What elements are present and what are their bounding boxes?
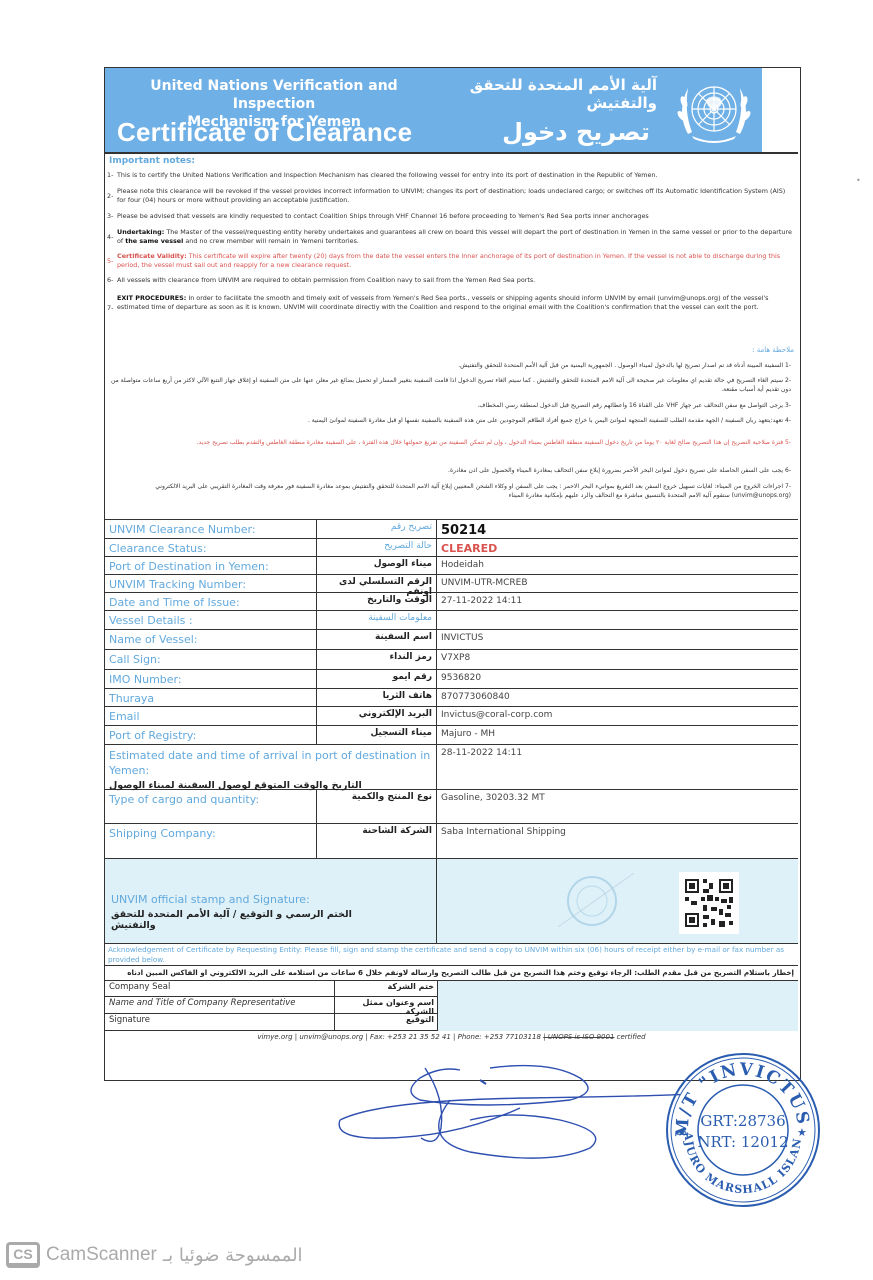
issue-date-value: 27-11-2022 14:11 — [437, 593, 798, 610]
row-clearance-number: UNVIM Clearance Number: تصريح رقم 50214 — [105, 520, 798, 539]
tracking-number-value: UNVIM-UTR-MCREB — [437, 575, 798, 592]
row-tracking-number: UNVIM Tracking Number: الرقم التسلسلي لد… — [105, 575, 798, 593]
ar-note-6: -6 يجب على السفن الحاصلة على تصريح دخول … — [111, 466, 791, 475]
company-signature-area[interactable] — [437, 981, 798, 1031]
note-label: Undertaking: — [117, 228, 164, 236]
note-text-part: This certificate will expire after twent… — [117, 252, 780, 269]
field-label-en: Call Sign: — [105, 650, 317, 669]
row-port-destination: Port of Destination in Yemen: ميناء الوص… — [105, 557, 798, 575]
scan-speck: • — [856, 176, 861, 185]
vessel-name-value: INVICTUS — [437, 630, 798, 649]
note-text: السفينة المبينة أدناه قد تم اصدار تصريح … — [458, 362, 783, 369]
certificate-page: United Nations Verification and Inspecti… — [104, 67, 801, 1081]
qr-code-icon — [679, 872, 739, 934]
field-label-ar: الرقم التسلسلي لدى اونفم — [317, 575, 437, 592]
note-number: 5- — [107, 257, 113, 266]
signature-label-ar: التوقيع — [335, 1014, 437, 1030]
field-label-ar: رقم ايمو — [317, 670, 437, 688]
clearance-status-badge: CLEARED — [437, 539, 798, 556]
note-text-part: In order to facilitate the smooth and ti… — [117, 294, 769, 311]
stamp-grt: GRT:28736 — [700, 1112, 785, 1130]
note-number: -6 — [785, 467, 791, 474]
eta-label-cell: Estimated date and time of arrival in po… — [105, 745, 437, 789]
imo-number-value: 9536820 — [437, 670, 798, 688]
note-number: -7 — [785, 483, 791, 490]
acknowledgement-text-ar: إخطار باستلام التصريح من قبل مقدم الطلب:… — [108, 968, 794, 977]
stamp-label-ar: الختم الرسمي و التوقيع / آلية الأمم المت… — [111, 909, 361, 931]
note-text: يجب على السفن الحاصلة على تصريح دخول لمو… — [448, 467, 783, 474]
row-call-sign: Call Sign: رمز النداء V7XP8 — [105, 650, 798, 670]
note-label: Certificate Validity: — [117, 252, 187, 260]
shipping-company-value: Saba International Shipping — [437, 824, 798, 858]
note-number: 3- — [107, 212, 113, 221]
note-text: اجراءات الخروج من الميناء: لغايات تسهيل … — [155, 483, 791, 499]
note-text: All vessels with clearance from UNVIM ar… — [117, 276, 793, 285]
field-label-ar: هاتف الثريا — [317, 689, 437, 706]
note-number: 6- — [107, 276, 113, 285]
field-label-ar: ميناء التسجيل — [317, 726, 437, 744]
section-label-ar: معلومات السفينة — [317, 611, 437, 629]
row-issue-date: Date and Time of Issue: الوقت والتاريخ 2… — [105, 593, 798, 611]
row-eta: Estimated date and time of arrival in po… — [105, 745, 798, 790]
note-text: Undertaking: The Master of the vessel/re… — [117, 228, 793, 246]
note-text-part: and no crew member will remain in Yemeni… — [183, 237, 359, 245]
field-label-ar: تصريح رقم — [317, 520, 437, 538]
ar-note-4: -4 تعهد:يتعهد ربان السفينة / الجهة مقدمة… — [111, 416, 791, 425]
acknowledgement-en-row: Acknowledgement of Certificate by Reques… — [105, 944, 798, 966]
note-text: Please be advised that vessels are kindl… — [117, 212, 793, 221]
row-shipping-company: Shipping Company: الشركة الشاحنة Saba In… — [105, 824, 798, 859]
port-registry-value: Majuro - MH — [437, 726, 798, 744]
note-text: يرجى التواصل مع سفن التحالف عبر جهاز VHF… — [477, 402, 783, 409]
field-label-ar: الشركة الشاحنة — [317, 824, 437, 858]
clearance-details-table: UNVIM Clearance Number: تصريح رقم 50214 … — [105, 519, 798, 520]
header-banner: United Nations Verification and Inspecti… — [105, 68, 798, 154]
company-seal-label-ar: ختم الشركة — [335, 981, 437, 996]
row-clearance-status: Clearance Status: حالة التصريح CLEARED — [105, 539, 798, 557]
field-label-en: Email — [105, 707, 317, 725]
banner-margin — [762, 68, 798, 152]
camscanner-watermark: CS CamScanner الممسوحة ضوئيا بـ — [6, 1240, 303, 1270]
un-emblem-icon — [670, 72, 758, 150]
note-text: Certificate Validity: This certificate w… — [117, 252, 793, 270]
row-signature: Signature التوقيع — [105, 1014, 437, 1031]
acknowledgement-ar-row: إخطار باستلام التصريح من قبل مقدم الطلب:… — [105, 966, 798, 981]
note-text: Please note this clearance will be revok… — [117, 187, 793, 205]
row-representative: Name and Title of Company Representative… — [105, 997, 437, 1014]
note-number: -1 — [785, 362, 791, 369]
representative-label-ar: اسم وعنوان ممثل الشركة — [335, 997, 437, 1013]
org-name-en-line1: United Nations Verification and Inspecti… — [119, 77, 429, 113]
row-company-seal: Company Seal ختم الشركة — [105, 981, 437, 997]
field-label-en: Clearance Status: — [105, 539, 317, 556]
note-number: 2- — [107, 192, 113, 201]
field-label-ar: رمز النداء — [317, 650, 437, 669]
field-label-en: UNVIM Clearance Number: — [105, 520, 317, 538]
email-value: Invictus@coral-corp.com — [437, 707, 798, 725]
field-label-ar: الوقت والتاريخ — [317, 593, 437, 610]
note-text: This is to certify the United Nations Ve… — [117, 171, 793, 180]
signature-label-en: Signature — [105, 1014, 335, 1030]
field-label-en: IMO Number: — [105, 670, 317, 688]
stamp-nrt: NRT: 12012 — [697, 1133, 788, 1151]
ar-note-2: -2 سيتم الغاء التصريح في حالة تقديم اي م… — [111, 376, 791, 394]
section-label-en: Vessel Details : — [105, 611, 317, 629]
field-label-en: Name of Vessel: — [105, 630, 317, 649]
acknowledgement-text-en: Acknowledgement of Certificate by Reques… — [108, 945, 796, 965]
note-text: سيتم الغاء التصريح في حالة تقديم اي معلو… — [111, 377, 791, 393]
note-number: -5 — [785, 439, 791, 446]
row-imo-number: IMO Number: رقم ايمو 9536820 — [105, 670, 798, 689]
field-label-ar: البريد الإلكتروني — [317, 707, 437, 725]
field-label-en: UNVIM Tracking Number: — [105, 575, 317, 592]
camscanner-logo-icon: CS — [6, 1242, 40, 1268]
field-label-ar: نوع المنتج والكمية — [317, 790, 437, 823]
stamp-label-en: UNVIM official stamp and Signature: — [111, 893, 310, 906]
note-number: -4 — [785, 417, 791, 424]
org-name-ar: آلية الأمم المتحدة للتحقق والتفتيش — [457, 76, 657, 112]
company-ack-block: Company Seal ختم الشركة Name and Title o… — [105, 981, 798, 1031]
row-port-registry: Port of Registry: ميناء التسجيل Majuro -… — [105, 726, 798, 745]
eta-label-en: Estimated date and time of arrival in po… — [109, 748, 432, 778]
star-icon: ★ — [797, 1126, 807, 1139]
company-seal-label-en: Company Seal — [105, 981, 335, 996]
field-label-en: Port of Destination in Yemen: — [105, 557, 317, 574]
eta-value: 28-11-2022 14:11 — [437, 745, 798, 789]
thuraya-value: 870773060840 — [437, 689, 798, 706]
note-number: 1- — [107, 171, 113, 180]
row-official-stamp: UNVIM official stamp and Signature: الخت… — [105, 859, 798, 944]
clearance-number-value: 50214 — [437, 520, 798, 538]
camscanner-text-ar: الممسوحة ضوئيا بـ — [163, 1245, 303, 1266]
stamp-label-cell: UNVIM official stamp and Signature: الخت… — [105, 859, 437, 943]
certificate-title-en: Certificate of Clearance — [117, 117, 412, 148]
certificate-title-ar: تصريح دخول — [495, 118, 657, 146]
field-label-en: Shipping Company: — [105, 824, 317, 858]
row-cargo: Type of cargo and quantity: نوع المنتج و… — [105, 790, 798, 824]
field-label-en: Port of Registry: — [105, 726, 317, 744]
camscanner-text: CamScanner — [46, 1244, 157, 1266]
note-text: فترة صلاحية التصريح إن هذا التصريح صالح … — [197, 439, 783, 446]
note-text: تعهد:يتعهد ربان السفينة / الجهة مقدمة ال… — [308, 417, 783, 424]
row-vessel-details: Vessel Details : معلومات السفينة — [105, 611, 798, 630]
note-number: 4- — [107, 233, 113, 242]
field-label-en: Date and Time of Issue: — [105, 593, 317, 610]
notes-heading-en: Important notes: — [109, 156, 195, 166]
vessel-stamp-icon: M/T "INVICTUS" MAJURO MARSHALL ISLANDS G… — [663, 1050, 823, 1210]
footer-contacts: vimye.org | unvim@unops.org | Fax: +253 … — [257, 1033, 541, 1041]
note-label: EXIT PROCEDURES: — [117, 294, 186, 302]
note-number: -2 — [785, 377, 791, 384]
ar-note-1: -1 السفينة المبينة أدناه قد تم اصدار تصر… — [111, 361, 791, 370]
note-text: EXIT PROCEDURES: In order to facilitate … — [117, 294, 793, 312]
port-destination-value: Hodeidah — [437, 557, 798, 574]
cargo-value: Gasoline, 30203.32 MT — [437, 790, 798, 823]
field-label-en: Type of cargo and quantity: — [105, 790, 317, 823]
ar-note-3: -3 يرجى التواصل مع سفن التحالف عبر جهاز … — [111, 401, 791, 410]
field-label-ar: حالة التصريح — [317, 539, 437, 556]
notes-heading-ar: ملاحظة هامة : — [752, 346, 794, 354]
ar-note-7: -7 اجراءات الخروج من الميناء: لغايات تسه… — [111, 482, 791, 500]
star-icon: ★ — [677, 1126, 687, 1139]
row-email: Email البريد الإلكتروني Invictus@coral-c… — [105, 707, 798, 726]
empty-value — [437, 611, 798, 629]
note-number: -3 — [785, 402, 791, 409]
handwritten-signature-icon — [330, 1060, 680, 1170]
field-label-ar: اسم السفينة — [317, 630, 437, 649]
ar-note-5: -5 فترة صلاحية التصريح إن هذا التصريح صا… — [111, 438, 791, 447]
note-bold: the same vessel — [125, 237, 183, 245]
note-number: 7- — [107, 304, 113, 313]
footer-tail: certified — [614, 1033, 645, 1041]
call-sign-value: V7XP8 — [437, 650, 798, 669]
footer-struck-text: | UNOPS is ISO 9001 — [543, 1033, 614, 1041]
unvim-seal-icon — [550, 869, 640, 934]
field-label-ar: ميناء الوصول — [317, 557, 437, 574]
row-vessel-name: Name of Vessel: اسم السفينة INVICTUS — [105, 630, 798, 650]
field-label-en: Thuraya — [105, 689, 317, 706]
representative-label-en: Name and Title of Company Representative — [105, 997, 335, 1013]
row-thuraya: Thuraya هاتف الثريا 870773060840 — [105, 689, 798, 707]
contact-footer: vimye.org | unvim@unops.org | Fax: +253 … — [105, 1033, 798, 1041]
